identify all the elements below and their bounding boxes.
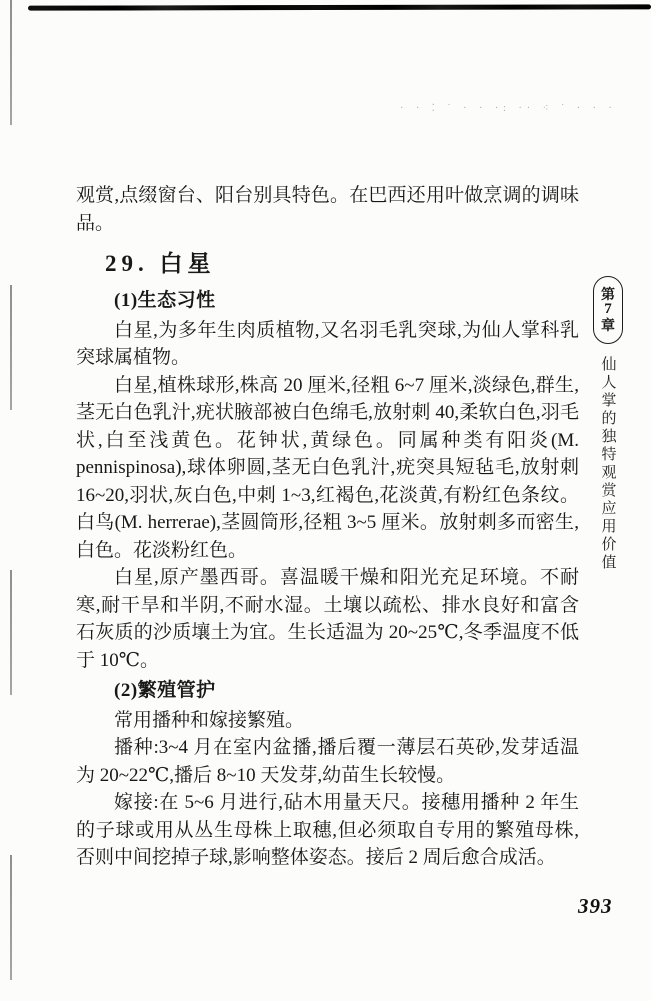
chapter-badge-prefix: 第 <box>601 287 615 302</box>
paragraph-grafting: 嫁接:在 5~6 月进行,砧木用量天尺。接穗用播种 2 年生的子球或用从丛生母株… <box>76 789 579 872</box>
chapter-sidebar: 第 7 章 仙人掌的独特观赏应用价值 <box>588 276 628 572</box>
faint-header-remnant: · · ⁚ ˙ · · ·: ·· ⁖ ˙ · · · <box>400 103 646 114</box>
paragraph-sowing: 播种:3~4 月在室内盆播,播后覆一薄层石英砂,发芽适温为 20~22℃,播后 … <box>76 734 579 789</box>
subsection-heading-propagation: (2)繁殖管护 <box>76 677 579 705</box>
chapter-badge-suffix: 章 <box>601 318 615 333</box>
book-page: · · ⁚ ˙ · · ·: ·· ⁖ ˙ · · · 第 7 章 仙人掌的独特… <box>0 0 651 1001</box>
scan-edge-left-line <box>10 0 12 1001</box>
chapter-title-vertical: 仙人掌的独特观赏应用价值 <box>598 356 619 572</box>
chapter-badge-number: 7 <box>604 302 612 318</box>
scan-edge-top-line <box>28 4 651 10</box>
page-number: 393 <box>578 894 613 919</box>
paragraph-propagation-methods: 常用播种和嫁接繁殖。 <box>76 707 579 735</box>
subsection-heading-ecology: (1)生态习性 <box>76 287 579 315</box>
paragraph-species-intro: 白星,为多年生肉质植物,又名羽毛乳突球,为仙人掌科乳突球属植物。 <box>76 317 579 372</box>
paragraph-habitat: 白星,原产墨西哥。喜温暖干燥和阳光充足环境。不耐寒,耐干旱和半阴,不耐水湿。土壤… <box>76 564 579 674</box>
paragraph-continuation: 观赏,点缀窗台、阳台别具特色。在巴西还用叶做烹调的调味品。 <box>76 182 579 237</box>
chapter-badge: 第 7 章 <box>593 276 623 344</box>
page-content: 观赏,点缀窗台、阳台别具特色。在巴西还用叶做烹调的调味品。 29. 白星 (1)… <box>76 182 579 872</box>
section-heading: 29. 白星 <box>105 248 579 280</box>
paragraph-morphology: 白星,植株球形,株高 20 厘米,径粗 6~7 厘米,淡绿色,群生,茎无白色乳汁… <box>76 372 579 565</box>
